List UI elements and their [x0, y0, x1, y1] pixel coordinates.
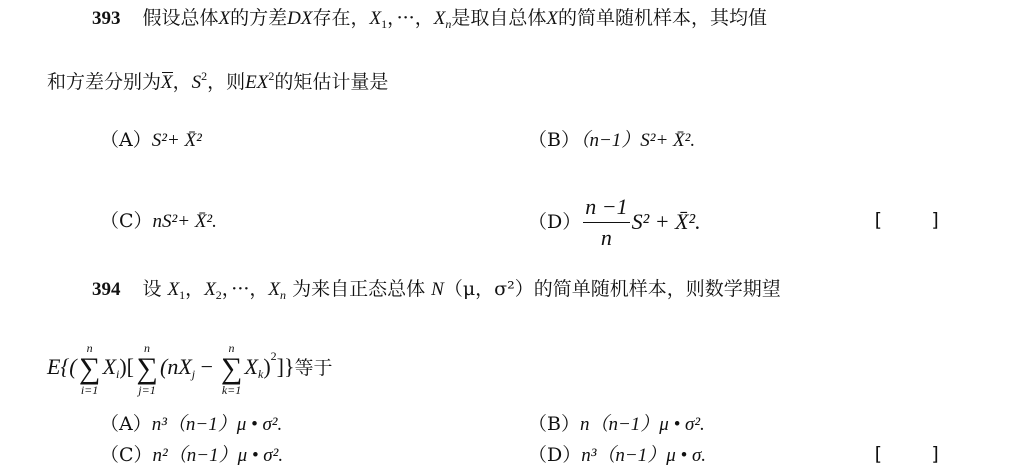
text: ，: [185, 278, 204, 300]
formula-part: −: [195, 354, 218, 379]
option-label: （D）: [528, 211, 581, 233]
text: 假设总体: [143, 7, 219, 29]
text: （μ，σ²）的简单随机样本，则数学期望: [444, 278, 781, 300]
text: 等于: [295, 357, 333, 379]
problem-393-stem-line2: 和方差分别为X，S2，则EX2的矩估计量是: [47, 64, 388, 95]
problem-393-stem-line1: 393假设总体X的方差DX存在，X1，···，Xn是取自总体X的简单随机样本，其…: [92, 6, 767, 36]
problem-393-option-b[interactable]: （B）（n−1）S²+ X̄².: [528, 128, 695, 153]
problem-393-option-a[interactable]: （A）S²+ X̄²: [100, 128, 202, 153]
summation-j: n∑j=1: [134, 342, 160, 396]
sum-lower: k=1: [219, 384, 245, 396]
text: 的方差: [230, 7, 287, 29]
var: X: [268, 279, 280, 300]
option-label: （C）: [100, 444, 153, 466]
option-label: （D）: [528, 444, 581, 466]
summation-i: n∑i=1: [77, 342, 103, 396]
numerator: n −1: [583, 192, 629, 223]
option-expr: nS²+ X̄².: [153, 211, 217, 232]
option-expr: n（n−1）μ • σ².: [580, 414, 705, 435]
sample-mean: X: [161, 71, 173, 95]
text: 的简单随机样本，其均值: [558, 7, 767, 29]
problem-394-option-c[interactable]: （C）n²（n−1）μ • σ².: [100, 443, 283, 468]
text: 设: [143, 278, 162, 300]
text: ，: [173, 71, 192, 93]
problem-393-option-d[interactable]: （D）n −1nS² + X̄².: [528, 186, 701, 257]
problem-393-option-c[interactable]: （C）nS²+ X̄².: [100, 209, 217, 234]
formula-part: X: [103, 354, 116, 379]
answer-bracket-close: ]: [930, 443, 941, 465]
sigma-icon: ∑: [219, 354, 245, 384]
var: X: [369, 8, 381, 29]
text: ，···，: [222, 278, 269, 300]
summation-k: n∑k=1: [219, 342, 245, 396]
var: DX: [287, 8, 312, 29]
var: X: [434, 8, 446, 29]
text: ，则: [207, 71, 245, 93]
option-label: （B）: [528, 413, 580, 435]
option-expr: n³（n−1）μ • σ².: [152, 414, 283, 435]
text: 和方差分别为: [47, 71, 161, 93]
answer-bracket-open: [: [872, 209, 883, 231]
option-expr: （n−1）S²+ X̄².: [580, 130, 695, 151]
sum-lower: i=1: [77, 384, 103, 396]
sigma-icon: ∑: [77, 354, 103, 384]
var: X: [546, 8, 558, 29]
var: N: [431, 279, 444, 300]
subscript: n: [280, 288, 286, 302]
option-expr: n³（n−1）μ • σ.: [581, 445, 706, 466]
text: 的矩估计量是: [274, 71, 388, 93]
formula-part: ]}: [277, 354, 295, 379]
answer-bracket-open: [: [872, 443, 883, 465]
denominator: n: [583, 223, 629, 253]
option-label: （A）: [100, 129, 152, 151]
answer-bracket-close: ]: [930, 209, 941, 231]
option-expr: S²+ X̄²: [152, 130, 202, 151]
option-label: （C）: [100, 210, 153, 232]
problem-394-option-d[interactable]: （D）n³（n−1）μ • σ.: [528, 443, 706, 468]
text: 是取自总体: [451, 7, 546, 29]
var: S: [192, 72, 202, 93]
var: X: [204, 279, 216, 300]
problem-number: 394: [92, 279, 121, 300]
formula-part: E{(: [47, 354, 77, 379]
text: 为来自正态总体: [292, 278, 425, 300]
formula-part: (nX: [160, 354, 192, 379]
formula-part: X: [245, 354, 258, 379]
var: X: [219, 8, 231, 29]
problem-394-option-a[interactable]: （A）n³（n−1）μ • σ².: [100, 412, 282, 437]
text: ，···，: [387, 7, 434, 29]
problem-394-option-b[interactable]: （B）n（n−1）μ • σ².: [528, 412, 705, 437]
sum-lower: j=1: [134, 384, 160, 396]
formula-part: )[: [119, 354, 134, 379]
fraction: n −1n: [583, 192, 629, 253]
var: X: [168, 279, 180, 300]
text: 存在，: [312, 7, 369, 29]
option-label: （A）: [100, 413, 152, 435]
var: EX: [245, 72, 268, 93]
problem-394-formula: E{(n∑i=1Xi)[n∑j=1(nXj − n∑k=1Xk)2]}等于: [47, 326, 333, 404]
problem-394-stem-line1: 394设 X1，X2，···，Xn 为来自正态总体 N（μ，σ²）的简单随机样本…: [92, 277, 781, 307]
option-expr: S² + X̄².: [632, 209, 701, 234]
option-expr: n²（n−1）μ • σ².: [153, 445, 284, 466]
formula-part: ): [263, 354, 270, 379]
sigma-icon: ∑: [134, 354, 160, 384]
option-label: （B）: [528, 129, 580, 151]
problem-number: 393: [92, 8, 121, 29]
